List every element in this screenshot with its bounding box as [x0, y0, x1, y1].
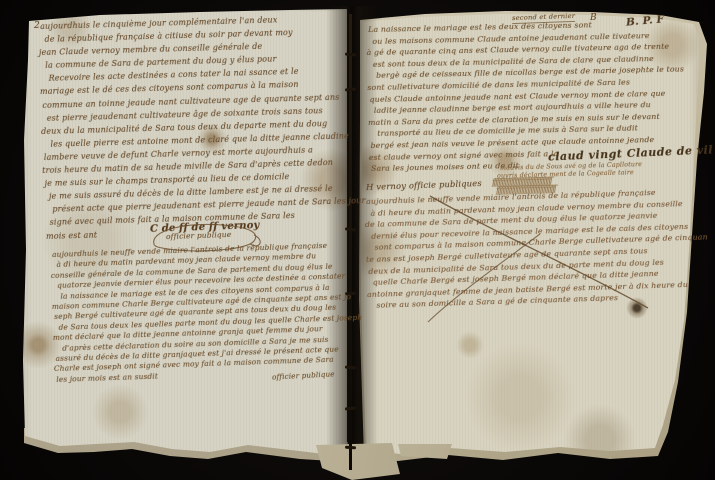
scanned-register-spread: 2 aujourdhuis le cinquième jour compléme… — [0, 0, 715, 480]
right-entry-2: aujourdhuis le neuffe vende miaire l'ant… — [366, 186, 699, 312]
page-number: 2 — [34, 21, 40, 31]
stitch-thread — [349, 14, 352, 470]
left-entry-1: aujourdhuis le cinquième jour complément… — [40, 11, 352, 242]
left-entry-2: aujourdhuis le neuffe vende miaire l'ant… — [52, 240, 352, 385]
